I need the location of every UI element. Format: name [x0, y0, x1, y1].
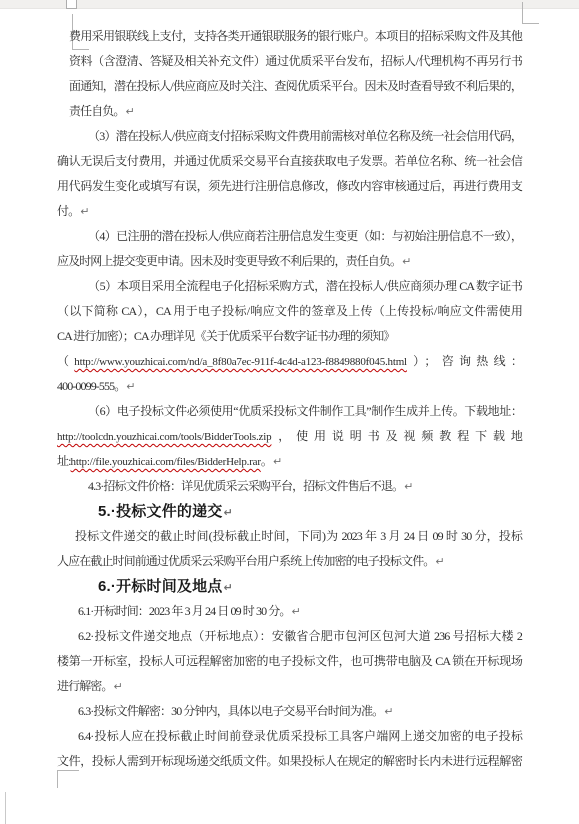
- line-text: （: [57, 354, 74, 368]
- paragraph-mark-icon: ↵: [273, 455, 282, 468]
- section-heading: 6.·开标时间及地点↵: [57, 574, 522, 599]
- text-line: 6.3·投标文件解密：30 分钟内，具体以电子交易平台时间为准。↵: [57, 699, 522, 724]
- text-line: 6.2·投标文件递交地点（开标地点）：安徽省合肥市包河区包河大道 236 号招标…: [57, 624, 522, 649]
- text-line: 确认无误后支付费用，并通过优质采交易平台直接获取电子发票。若单位名称、统一社会信: [57, 149, 522, 174]
- document-body: 费用采用银联线上支付，支持各类开通银联服务的银行账户。本项目的招标采购文件及其他…: [57, 24, 522, 774]
- line-text: CA 进行加密）；CA 办理详见《关于优质采平台数字证书办理的须知》: [57, 329, 394, 343]
- paragraph-mark-icon: ↵: [126, 380, 135, 393]
- line-text: 确认无误后支付费用，并通过优质采交易平台直接获取电子发票。若单位名称、统一社会信: [57, 154, 522, 168]
- line-text: 楼第一开标室，投标人可远程解密加密的电子投标文件，也可携带电脑及 CA 锁在开标…: [57, 654, 522, 668]
- text-line: 用代码发生变化或填写有误，须先进行注册信息修改，修改内容审核通过后，再进行费用支: [57, 174, 522, 199]
- line-text: 用代码发生变化或填写有误，须先进行注册信息修改，修改内容审核通过后，再进行费用支: [57, 179, 522, 193]
- text-line: 6.4·投标人应在投标截止时间前登录优质采投标工具客户端网上递交加密的电子投标: [57, 724, 522, 749]
- paragraph-mark-icon: ↵: [80, 205, 89, 218]
- text-line: 6.1·开标时间：2023 年 3 月 24 日 09 时 30 分。↵: [57, 599, 522, 624]
- line-text: 费用采用银联线上支付，支持各类开通银联服务的银行账户。本项目的招标采购文件及其他: [69, 29, 522, 43]
- text-line: 付。↵: [57, 199, 522, 224]
- text-line: http://toolcdn.youzhicai.com/tools/Bidde…: [57, 424, 522, 449]
- line-text: 。: [261, 454, 272, 468]
- line-text: 投标文件递交的截止时间(投标截止时间，下同)为 2023 年 3 月 24 日 …: [75, 529, 522, 543]
- line-text: 面通知，潜在投标人/供应商应及时关注、查阅优质采平台。因未及时查看导致不利后果的…: [69, 79, 522, 93]
- text-line: 人应在截止时间前通过优质采云采购平台用户系统上传加密的电子投标文件。↵: [57, 549, 522, 574]
- text-line: 投标文件递交的截止时间(投标截止时间，下同)为 2023 年 3 月 24 日 …: [57, 524, 522, 549]
- hyperlink-text[interactable]: http://www.youzhicai.com/nd/a_8f80a7ec-9…: [74, 356, 407, 368]
- line-text: 6.1·开标时间：2023 年 3 月 24 日 09 时 30 分。: [78, 604, 291, 618]
- text-line: 4.3·招标文件价格：详见优质采云采购平台，招标文件售后不退。↵: [57, 474, 522, 499]
- text-line: 址:http://file.youzhicai.com/files/Bidder…: [57, 449, 522, 474]
- paragraph-mark-icon: ↵: [384, 705, 393, 718]
- document-page: { "page": { "background": "#ffffff", "ga…: [0, 0, 579, 824]
- line-text: （6）电子投标文件必须使用“优质采投标文件制作工具”制作生成并上传。下载地址：: [88, 404, 522, 418]
- page-left-edge: [5, 792, 6, 824]
- page-gap-square: [66, 0, 77, 9]
- line-text: 6.2·投标文件递交地点（开标地点）：安徽省合肥市包河区包河大道 236 号招标…: [78, 629, 522, 643]
- line-text: 6.3·投标文件解密：30 分钟内，具体以电子交易平台时间为准。: [78, 704, 383, 718]
- line-text: （3）潜在投标人/供应商支付招标采购文件费用前需核对单位名称及统一社会信用代码，: [88, 129, 522, 143]
- line-text: 付。: [57, 204, 79, 218]
- line-text: （5）本项目采用全流程电子化招标采购方式，潜在投标人/供应商须办理 CA 数字证…: [88, 279, 522, 293]
- page-gap: [0, 0, 579, 9]
- line-text: 4.3·招标文件价格：详见优质采云采购平台，招标文件售后不退。: [88, 479, 403, 493]
- line-text: ，使用说明书及视频教程下载地: [271, 429, 522, 443]
- margin-corner-mark-top-right: [522, 2, 523, 23]
- text-line: 应及时网上提交变更申请。因未及时变更导致不利后果的，责任自负。↵: [57, 249, 522, 274]
- margin-corner-mark-top-right: [522, 23, 539, 24]
- hyperlink-text[interactable]: http://file.youzhicai.com/files/BidderHe…: [71, 456, 261, 468]
- line-text: （以下简称 CA），CA 用于电子投标/响应文件的签章及上传（上传投标/响应文件…: [57, 304, 522, 318]
- line-text: 5.·投标文件的递交: [98, 503, 223, 520]
- text-line: （以下简称 CA），CA 用于电子投标/响应文件的签章及上传（上传投标/响应文件…: [57, 299, 522, 324]
- section-heading: 5.·投标文件的递交↵: [57, 499, 522, 524]
- text-line: 费用采用银联线上支付，支持各类开通银联服务的银行账户。本项目的招标采购文件及其他: [57, 24, 522, 49]
- line-text: 400-0099-555。: [57, 379, 125, 393]
- text-line: 责任自负。↵: [57, 99, 522, 124]
- text-line: 面通知，潜在投标人/供应商应及时关注、查阅优质采平台。因未及时查看导致不利后果的…: [57, 74, 522, 99]
- text-line: 400-0099-555。↵: [57, 374, 522, 399]
- line-text: ）；咨询热线：: [407, 354, 522, 368]
- paragraph-mark-icon: ↵: [224, 506, 233, 519]
- line-text: 人应在截止时间前通过优质采云采购平台用户系统上传加密的电子投标文件。: [57, 554, 434, 568]
- paragraph-mark-icon: ↵: [404, 480, 413, 493]
- text-line: （6）电子投标文件必须使用“优质采投标文件制作工具”制作生成并上传。下载地址：: [57, 399, 522, 424]
- hyperlink-text[interactable]: http://toolcdn.youzhicai.com/tools/Bidde…: [57, 431, 271, 443]
- text-line: 文件，投标人需到开标现场递交纸质文件。如果投标人在规定的解密时长内未进行远程解密: [57, 749, 522, 774]
- text-line: CA 进行加密）；CA 办理详见《关于优质采平台数字证书办理的须知》: [57, 324, 522, 349]
- line-text: 址:: [57, 454, 71, 468]
- paragraph-mark-icon: ↵: [126, 105, 135, 118]
- text-line: 资料（含澄清、答疑及相关补充文件）通过优质采平台发布，招标人/代理机构不再另行书: [57, 49, 522, 74]
- line-text: 进行解密。: [57, 679, 113, 693]
- line-text: 资料（含澄清、答疑及相关补充文件）通过优质采平台发布，招标人/代理机构不再另行书: [69, 54, 522, 68]
- text-line: （5）本项目采用全流程电子化招标采购方式，潜在投标人/供应商须办理 CA 数字证…: [57, 274, 522, 299]
- paragraph-mark-icon: ↵: [402, 255, 411, 268]
- line-text: 6.4·投标人应在投标截止时间前登录优质采投标工具客户端网上递交加密的电子投标: [78, 729, 522, 743]
- text-line: （3）潜在投标人/供应商支付招标采购文件费用前需核对单位名称及统一社会信用代码，: [57, 124, 522, 149]
- line-text: 文件，投标人需到开标现场递交纸质文件。如果投标人在规定的解密时长内未进行远程解密: [57, 754, 522, 768]
- line-text: 应及时网上提交变更申请。因未及时变更导致不利后果的，责任自负。: [57, 254, 401, 268]
- paragraph-mark-icon: ↵: [114, 680, 123, 693]
- paragraph-mark-icon: ↵: [224, 581, 233, 594]
- line-text: 6.·开标时间及地点: [98, 578, 223, 595]
- text-line: 楼第一开标室，投标人可远程解密加密的电子投标文件，也可携带电脑及 CA 锁在开标…: [57, 649, 522, 674]
- text-line: 进行解密。↵: [57, 674, 522, 699]
- paragraph-mark-icon: ↵: [435, 555, 444, 568]
- text-line: （http://www.youzhicai.com/nd/a_8f80a7ec-…: [57, 349, 522, 374]
- line-text: 责任自负。: [69, 104, 125, 118]
- line-text: （4）已注册的潜在投标人/供应商若注册信息发生变更（如：与初始注册信息不一致），: [88, 229, 522, 243]
- paragraph-mark-icon: ↵: [292, 605, 301, 618]
- text-line: （4）已注册的潜在投标人/供应商若注册信息发生变更（如：与初始注册信息不一致），: [57, 224, 522, 249]
